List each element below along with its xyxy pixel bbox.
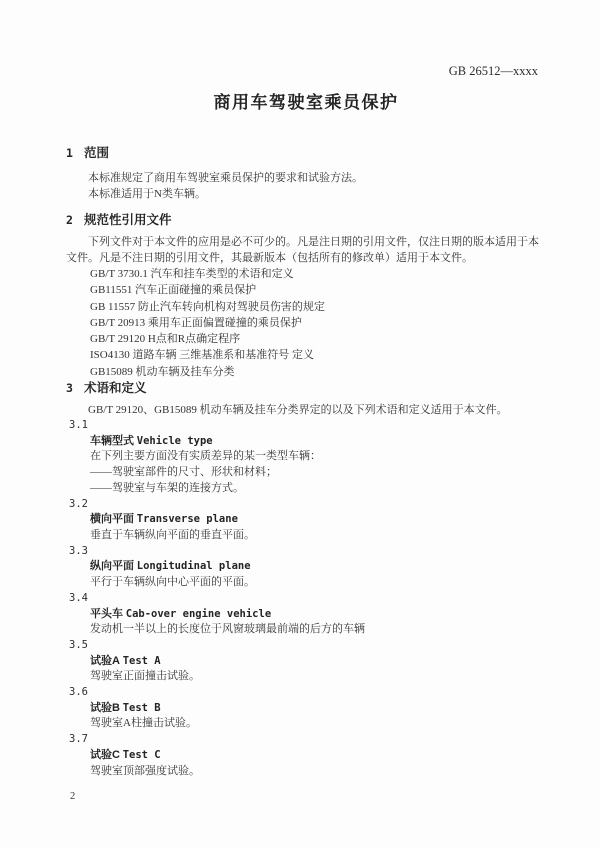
- paragraph: 下列文件对于本文件的应用是必不可少的。凡是注日期的引用文件，仅注日期的版本适用于…: [66, 234, 546, 266]
- terms-list: 3.1 车辆型式 Vehicle type 在下列主要方面没有实质差异的某一类型…: [66, 418, 546, 779]
- term-number: 3.1: [69, 418, 546, 434]
- term-name-zh: 试验B: [90, 702, 120, 714]
- reference-item: GB15089 机动车辆及挂车分类: [90, 364, 546, 380]
- term-name: 纵向平面 Longitudinal plane: [90, 559, 546, 575]
- term-name: 试验C Test C: [90, 748, 546, 764]
- term-definition: 驾驶室顶部强度试验。: [90, 764, 546, 780]
- term-number: 3.6: [69, 685, 546, 701]
- term-name: 试验B Test B: [90, 701, 546, 717]
- term-number: 3.4: [69, 591, 546, 607]
- term-block: 3.1 车辆型式 Vehicle type 在下列主要方面没有实质差异的某一类型…: [66, 418, 546, 497]
- term-definition: 驾驶室A柱撞击试验。: [90, 716, 546, 732]
- term-name: 平头车 Cab-over engine vehicle: [90, 607, 546, 623]
- section-number: 3: [66, 380, 84, 396]
- term-name-zh: 车辆型式: [90, 435, 134, 447]
- term-name-en: Test A: [123, 655, 161, 667]
- reference-item: GB 11557 防止汽车转向机构对驾驶员伤害的规定: [90, 299, 546, 315]
- term-name-en: Cab-over engine vehicle: [126, 608, 271, 620]
- term-name-zh: 横向平面: [90, 513, 134, 525]
- term-definition: ——驾驶室与车架的连接方式。: [90, 481, 546, 497]
- standard-number: GB 26512—xxxx: [66, 64, 546, 79]
- term-definition: ——驾驶室部件的尺寸、形状和材料；: [90, 465, 546, 481]
- term-block: 3.6 试验B Test B 驾驶室A柱撞击试验。: [66, 685, 546, 732]
- term-name-en: Vehicle type: [137, 435, 213, 447]
- reference-item: GB/T 20913 乘用车正面偏置碰撞的乘员保护: [90, 315, 546, 331]
- term-block: 3.4 平头车 Cab-over engine vehicle 发动机一半以上的…: [66, 591, 546, 638]
- term-number: 3.7: [69, 732, 546, 748]
- section-number: 2: [66, 212, 84, 228]
- section-heading-text: 术语和定义: [84, 380, 147, 396]
- term-name-en: Test C: [123, 749, 161, 761]
- term-name-en: Transverse plane: [137, 513, 238, 525]
- term-definition: 驾驶室正面撞击试验。: [90, 669, 546, 685]
- section-number: 1: [66, 145, 84, 161]
- section-normative-references: 2 规范性引用文件 下列文件对于本文件的应用是必不可少的。凡是注日期的引用文件，…: [66, 212, 546, 380]
- term-block: 3.2 横向平面 Transverse plane 垂直于车辆纵向平面的垂直平面…: [66, 497, 546, 544]
- reference-item: GB/T 29120 H点和R点确定程序: [90, 331, 546, 347]
- term-name-zh: 平头车: [90, 608, 123, 620]
- term-definition: 发动机一半以上的长度位于风窗玻璃最前端的后方的车辆: [90, 622, 546, 638]
- term-number: 3.2: [69, 497, 546, 513]
- term-name-zh: 试验C: [90, 749, 120, 761]
- term-name: 试验A Test A: [90, 654, 546, 670]
- section-heading: 1 范围: [66, 145, 546, 161]
- section-heading-text: 范围: [84, 145, 109, 161]
- term-definition: 平行于车辆纵向中心平面的平面。: [90, 575, 546, 591]
- page-number: 2: [70, 791, 75, 802]
- section-terms-definitions: 3 术语和定义 GB/T 29120、GB15089 机动车辆及挂车分类界定的以…: [66, 380, 546, 779]
- term-name: 车辆型式 Vehicle type: [90, 434, 546, 450]
- term-number: 3.5: [69, 638, 546, 654]
- reference-item: GB11551 汽车正面碰撞的乘员保护: [90, 282, 546, 298]
- reference-item: ISO4130 道路车辆 三维基准系和基准符号 定义: [90, 347, 546, 363]
- reference-item: GB/T 3730.1 汽车和挂车类型的术语和定义: [90, 266, 546, 282]
- term-block: 3.3 纵向平面 Longitudinal plane 平行于车辆纵向中心平面的…: [66, 544, 546, 591]
- term-definition: 在下列主要方面没有实质差异的某一类型车辆：: [90, 449, 546, 465]
- term-name-en: Longitudinal plane: [137, 560, 251, 572]
- term-name-en: Test B: [123, 702, 161, 714]
- document-title: 商用车驾驶室乘员保护: [66, 91, 546, 115]
- term-block: 3.7 试验C Test C 驾驶室顶部强度试验。: [66, 732, 546, 779]
- section-heading: 2 规范性引用文件: [66, 212, 546, 228]
- paragraph: GB/T 29120、GB15089 机动车辆及挂车分类界定的以及下列术语和定义…: [66, 402, 546, 418]
- reference-list: GB/T 3730.1 汽车和挂车类型的术语和定义 GB11551 汽车正面碰撞…: [90, 266, 546, 380]
- document-page: GB 26512—xxxx 商用车驾驶室乘员保护 1 范围 本标准规定了商用车驾…: [0, 0, 600, 847]
- term-number: 3.3: [69, 544, 546, 560]
- section-heading: 3 术语和定义: [66, 380, 546, 396]
- section-scope: 1 范围 本标准规定了商用车驾驶室乘员保护的要求和试验方法。 本标准适用于N类车…: [66, 145, 546, 202]
- term-block: 3.5 试验A Test A 驾驶室正面撞击试验。: [66, 638, 546, 685]
- paragraph: 本标准适用于N类车辆。: [66, 186, 546, 202]
- paragraph: 本标准规定了商用车驾驶室乘员保护的要求和试验方法。: [66, 170, 546, 186]
- term-name: 横向平面 Transverse plane: [90, 512, 546, 528]
- term-name-zh: 试验A: [90, 655, 120, 667]
- term-name-zh: 纵向平面: [90, 560, 134, 572]
- term-definition: 垂直于车辆纵向平面的垂直平面。: [90, 528, 546, 544]
- section-heading-text: 规范性引用文件: [84, 212, 172, 228]
